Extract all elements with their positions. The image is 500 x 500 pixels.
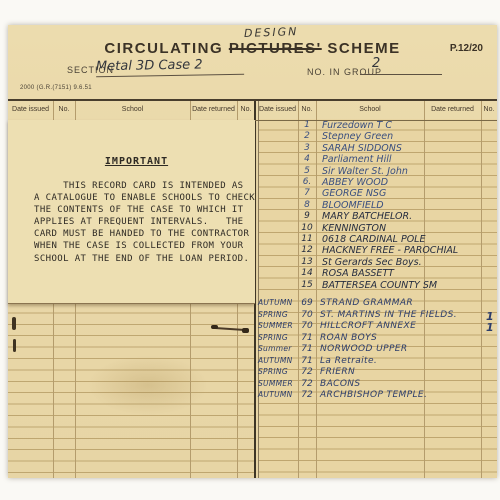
title-struck-word: PICTURES' [229,40,322,57]
loan-term: AUTUMN [258,298,298,307]
loan-term: SPRING [258,333,298,342]
entry-school: MARY BATCHELOR. [322,211,412,222]
col-header-date-returned: Date returned [190,106,237,113]
table-row: 4Parliament Hill [8,154,497,165]
col-header-no: No. [298,106,316,113]
loan-year: 72 [298,390,316,400]
loan-school: HILLCROFT ANNEXE [320,321,416,331]
entry-school: 0618 CARDINAL POLE [322,234,425,245]
entry-school: BLOOMFIELD [322,200,384,211]
loan-year: 70 [298,310,316,320]
record-card: DESIGN CIRCULATING PICTURES' SCHEME P.12… [8,25,497,478]
table-row: 7GEORGE NSG [8,188,497,199]
group-value: 2 [360,56,442,75]
col-header-date-returned: Date returned [424,106,481,113]
loan-row: AUTUMN69STRAND GRAMMAR [8,298,497,309]
entry-number: 4 [298,154,316,164]
loan-row: AUTUMN72ARCHBISHOP TEMPLE. [8,390,497,401]
entry-school: Stepney Green [322,131,393,142]
loan-school: BACONS [320,379,361,389]
loan-term: Summer [258,344,298,353]
loan-year: 71 [298,356,316,366]
entry-number: 15 [298,280,316,290]
table-row: 1Furzedown T C [8,120,497,131]
entry-number: 2 [298,131,316,141]
entry-number: 7 [298,188,316,198]
loan-year: 69 [298,298,316,308]
table-row: 14ROSA BASSETT [8,268,497,279]
entry-number: 6. [298,177,316,187]
table-row: 3SARAH SIDDONS [8,143,497,154]
col-header-school: School [316,106,424,113]
entry-number: 1 [298,120,316,130]
table-row: 12HACKNEY FREE - PAROCHIAL [8,245,497,256]
entry-school: Furzedown T C [322,120,392,131]
title-prefix: CIRCULATING [104,40,228,57]
col-header-school: School [75,106,190,113]
entry-number: 14 [298,268,316,278]
loan-school: La Retraite. [320,356,377,366]
entry-number: 12 [298,245,316,255]
loan-row: SUMMER70HILLCROFT ANNEXE1 [8,321,497,332]
entry-school: Sir Walter St. John [322,166,408,177]
loan-row: SPRING71ROAN BOYS [8,333,497,344]
entry-school: ABBEY WOOD [322,177,388,188]
loan-term: SPRING [258,367,298,376]
loan-year: 71 [298,344,316,354]
loan-row: SPRING70ST. MARTINS IN THE FIELDS.1 [8,310,497,321]
loan-term: SUMMER [258,379,298,388]
col-header-no: No. [53,106,75,113]
table-row: 9MARY BATCHELOR. [8,211,497,222]
entry-school: Parliament Hill [322,154,391,165]
table-row: 2Stepney Green [8,131,497,142]
loan-row: SUMMER72BACONS [8,379,497,390]
loan-row: SPRING72FRIERN [8,367,497,378]
loan-school: STRAND GRAMMAR [320,298,413,308]
loan-school: ROAN BOYS [320,333,377,343]
design-annotation: DESIGN [244,25,299,40]
loan-school: FRIERN [320,367,355,377]
loan-row: AUTUMN71La Retraite. [8,356,497,367]
table-row: 13St Gerards Sec Boys. [8,257,497,268]
loan-term: SPRING [258,310,298,319]
entry-number: 13 [298,257,316,267]
table-row: 15BATTERSEA COUNTY SM [8,280,497,291]
entry-school: HACKNEY FREE - PAROCHIAL [322,245,458,256]
card-title: CIRCULATING PICTURES' SCHEME [8,40,497,57]
entry-number: 10 [298,223,316,233]
entry-school: ROSA BASSETT [322,268,394,279]
entry-number: 5 [298,166,316,176]
col-header-date-issued: Date issued [8,106,53,113]
section-value: Metal 3D Case 2 [96,57,244,78]
entry-number: 9 [298,211,316,221]
loan-year: 70 [298,321,316,331]
entry-school: BATTERSEA COUNTY SM [322,280,437,291]
table-row: 110618 CARDINAL POLE [8,234,497,245]
loan-term: SUMMER [258,321,298,330]
loan-term: AUTUMN [258,390,298,399]
table-row: 6.ABBEY WOOD [8,177,497,188]
loan-term: AUTUMN [258,356,298,365]
entry-school: SARAH SIDDONS [322,143,402,154]
loan-school: NORWOOD UPPER [320,344,408,354]
entry-school: KENNINGTON [322,223,386,234]
entry-number: 3 [298,143,316,153]
loan-row: Summer71NORWOOD UPPER [8,344,497,355]
col-header-date-issued: Date issued [257,106,298,113]
loan-school: ST. MARTINS IN THE FIELDS. [320,310,457,320]
loan-year: 71 [298,333,316,343]
entry-school: St Gerards Sec Boys. [322,257,422,268]
table-row: 5Sir Walter St. John [8,166,497,177]
entry-number: 11 [298,234,316,244]
entry-school: GEORGE NSG [322,188,386,199]
col-header-no: No. [237,106,255,113]
entry-number: 8 [298,200,316,210]
loan-year: 72 [298,367,316,377]
table-header-row: Date issued No. School Date returned No.… [8,101,497,121]
form-number: P.12/20 [450,43,483,54]
title-suffix: SCHEME [322,40,401,57]
table-row: 8BLOOMFIELD [8,200,497,211]
loan-school: ARCHBISHOP TEMPLE. [320,390,427,400]
loan-year: 72 [298,379,316,389]
print-code: 2000 (G.R.(7151) 9.6.51 [20,85,92,91]
table-row: 10KENNINGTON [8,223,497,234]
col-header-no: No. [481,106,497,113]
